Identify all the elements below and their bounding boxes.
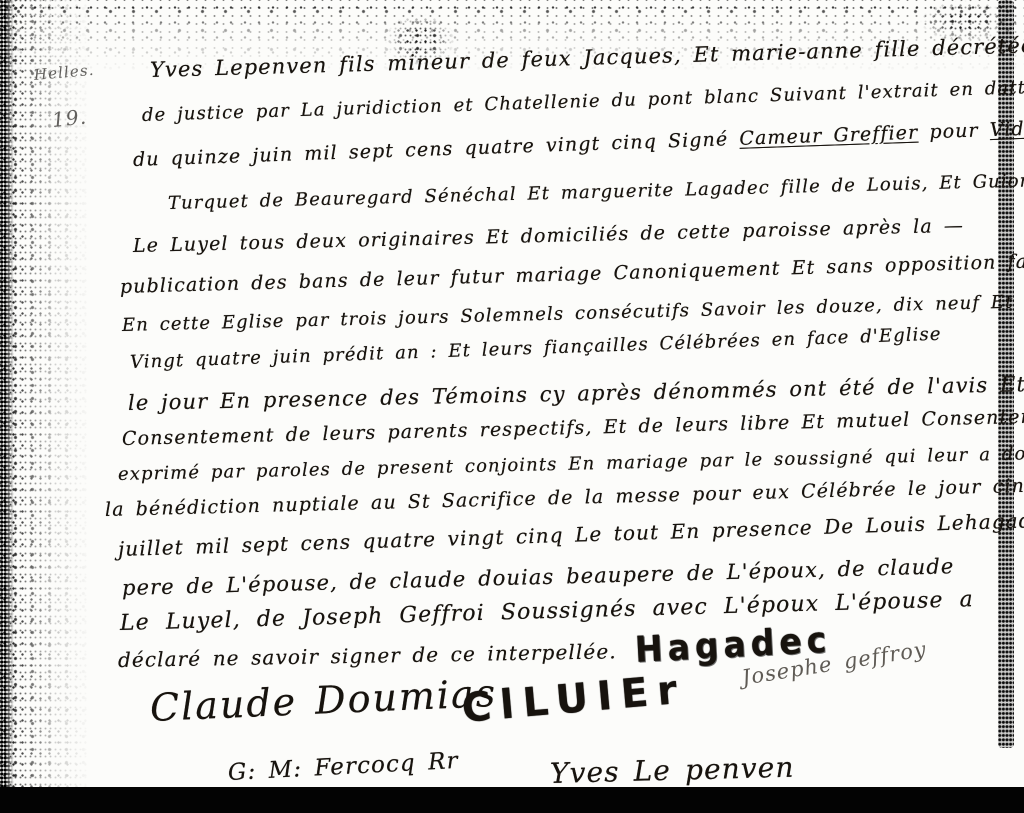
margin-record-number: 19. <box>51 104 88 132</box>
record-line-03: du quinze juin mil sept cens quatre ving… <box>133 118 1024 171</box>
record-line-03-mid: pour <box>918 119 990 143</box>
record-line-02: de justice par La juridiction et Chatell… <box>142 77 1024 126</box>
underlined-word-vidi: Vidi <box>989 118 1024 141</box>
record-line-06: publication des bans de leur futur maria… <box>120 250 1024 298</box>
scan-bottom-black-bar <box>0 787 1024 813</box>
record-line-05: Le Luyel tous deux originaires Et domici… <box>133 215 964 257</box>
underlined-name-greffier: Cameur Greffier <box>739 122 919 150</box>
record-line-16: déclaré ne savoir signer de ce interpell… <box>118 639 617 672</box>
record-line-04: Turquet de Beauregard Sénéchal Et margue… <box>168 170 1024 214</box>
scanned-document-page: Helles. 19. Yves Lepenven fils mineur de… <box>0 0 1024 813</box>
scan-left-edge-core <box>0 0 14 813</box>
record-line-03-text: du quinze juin mil sept cens quatre ving… <box>133 128 740 171</box>
signature-claude-doumias: Claude Doumias <box>149 671 498 730</box>
signature-recteur-fercocq: G: M: Fercocq Rr <box>227 748 459 786</box>
signature-yves-lepenven: Yves Le penven <box>550 751 795 790</box>
